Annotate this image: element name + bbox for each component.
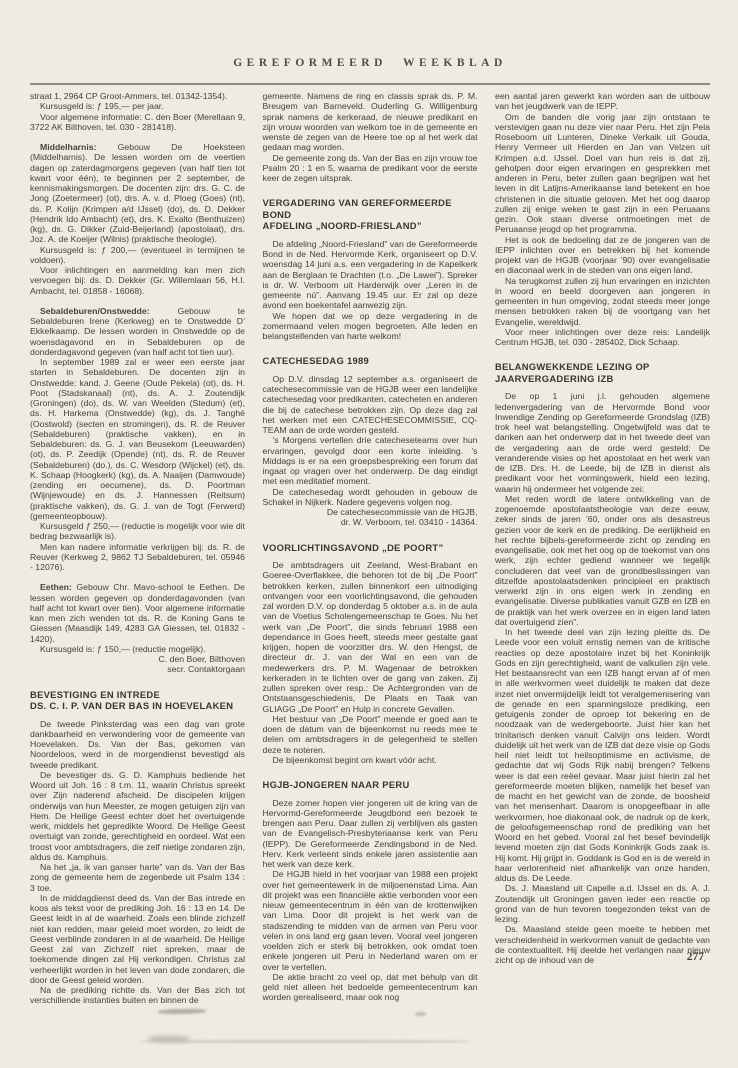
paragraph: Voor inlichtingen en aanmelding kan men …: [30, 265, 245, 296]
document-page: GEREFORMEERD WEEKBLAD straat 1, 2964 CP …: [0, 0, 738, 1068]
section-heading: BEVESTIGING EN INTREDE DS. C. I. P. VAN …: [30, 689, 245, 712]
paragraph: straat 1, 2964 CP Groot-Ammers, tel. 013…: [30, 91, 245, 101]
paragraph: gemeente. Namens de ring en classis spra…: [263, 91, 478, 153]
paragraph: Kursusgeld is: ƒ 200,— (eventueel in ter…: [30, 245, 245, 266]
column-2: gemeente. Namens de ring en classis spra…: [263, 91, 478, 1003]
paragraph: Ds. Maasland stelde geen moeite te hebbe…: [495, 924, 710, 965]
paragraph: De gemeente zong ds. Van der Bas en zijn…: [263, 153, 478, 184]
paragraph: Kursusgeld is: ƒ 150,— (reductie mogelij…: [30, 644, 245, 654]
paragraph: Deze zomer hopen vier jongeren uit de kr…: [263, 798, 478, 870]
paragraph: De bijeenkomst begint om kwart vóór acht…: [263, 755, 478, 765]
page-number: 277: [687, 951, 704, 963]
paragraph: De ambtsdragers uit Zeeland, West-Braban…: [263, 560, 478, 714]
paragraph: In september 1989 zal er weer een eerste…: [30, 357, 245, 521]
paragraph: Sebaldeburen/Onstwedde:Gebouw te Sebalde…: [30, 306, 245, 357]
signature-line: secr. Contaktorgaan: [30, 664, 245, 674]
paragraph: Voor meer inlichtingen over deze reis: L…: [495, 327, 710, 348]
column-3: een aantal jaren gewerkt kan worden aan …: [495, 91, 710, 965]
paragraph: Het bestuur van „De Poort” meende er goe…: [263, 714, 478, 755]
entry-lead: Eethen:: [40, 582, 76, 592]
section-heading: VERGADERING VAN GEREFORMEERDE BOND AFDEL…: [263, 197, 478, 232]
scan-artifact: [158, 1009, 206, 1015]
paragraph: Na de prediking richtte ds. Van der Bas …: [30, 985, 245, 1006]
paragraph: Eethen:Gebouw Chr. Mavo-school te Eethen…: [30, 582, 245, 644]
masthead-title: GEREFORMEERD WEEKBLAD: [30, 57, 710, 69]
scan-artifact: [140, 1040, 470, 1043]
scan-artifact: [415, 1012, 426, 1016]
paragraph: De catechesedag wordt gehouden in gebouw…: [263, 487, 478, 508]
paragraph: Na het „ja, ik van ganser harte” van ds.…: [30, 862, 245, 893]
entry-lead: Middelharnis:: [40, 142, 118, 152]
paragraph: Om de banden die vorig jaar zijn ontstaa…: [495, 112, 710, 235]
section-heading: VOORLICHTINGSAVOND „DE POORT”: [263, 542, 478, 554]
scan-artifact: [148, 1036, 190, 1042]
paragraph: Het is ook de bedoeling dat ze de jonger…: [495, 235, 710, 276]
signature-line: De catechesecommissie van de HGJB,: [263, 507, 478, 517]
paragraph: een aantal jaren gewerkt kan worden aan …: [495, 91, 710, 112]
section-heading: BELANGWEKKENDE LEZING OP JAARVERGADERING…: [495, 361, 710, 384]
entry-text: Gebouw De Hoeksteen (Middelharnis). De l…: [30, 142, 245, 244]
paragraph: Men kan nadere informatie verkrijgen bij…: [30, 542, 245, 573]
paragraph: In het tweede deel van zijn lezing pleit…: [495, 627, 710, 883]
paragraph: In de middagdienst deed ds. Van der Bas …: [30, 893, 245, 985]
paragraph: Op D.V. dinsdag 12 september a.s. organi…: [263, 374, 478, 436]
entry-lead: Sebaldeburen/Onstwedde:: [40, 306, 177, 316]
column-1: straat 1, 2964 CP Groot-Ammers, tel. 013…: [30, 91, 245, 1006]
paragraph: We hopen dat we op deze vergadering in d…: [263, 311, 478, 342]
paragraph: Na terugkomst zullen zij hun ervaringen …: [495, 276, 710, 327]
section-heading: CATECHESEDAG 1989: [263, 355, 478, 367]
paragraph: Met reden wordt de latere ontwikkeling v…: [495, 494, 710, 627]
paragraph: De afdeling „Noord-Friesland” van de Ger…: [263, 239, 478, 311]
paragraph: De HGJB hield in het voorjaar van 1988 e…: [263, 869, 478, 972]
paragraph: Kursusgeld is: ƒ 195,— per jaar.: [30, 101, 245, 111]
paragraph: Ds. J. Maasland uit Capelle a.d. IJssel …: [495, 883, 710, 924]
paragraph: Middelharnis:Gebouw De Hoeksteen (Middel…: [30, 142, 245, 245]
paragraph: De bevestiger ds. G. D. Kamphuis bediend…: [30, 770, 245, 862]
signature-line: C. den Boer, Bilthoven: [30, 654, 245, 664]
paragraph: De tweede Pinksterdag was een dag van gr…: [30, 719, 245, 770]
text-columns: straat 1, 2964 CP Groot-Ammers, tel. 013…: [30, 91, 710, 1006]
paragraph: De op 1 juni j.l. gehouden algemene lede…: [495, 391, 710, 494]
header-rule: [30, 83, 710, 85]
section-heading: HGJB-JONGEREN NAAR PERU: [263, 779, 478, 791]
paragraph: De aktie bracht zo veel op, dat met behu…: [263, 972, 478, 1003]
paragraph: Kursusgeld ƒ 250,— (reductie is mogelijk…: [30, 521, 245, 542]
paragraph: Voor algemene informatie: C. den Boer (M…: [30, 112, 245, 133]
paragraph: ’s Morgens vertellen drie catecheseteams…: [263, 435, 478, 486]
signature-line: dr. W. Verboom, tel. 03410 - 14364.: [263, 517, 478, 527]
